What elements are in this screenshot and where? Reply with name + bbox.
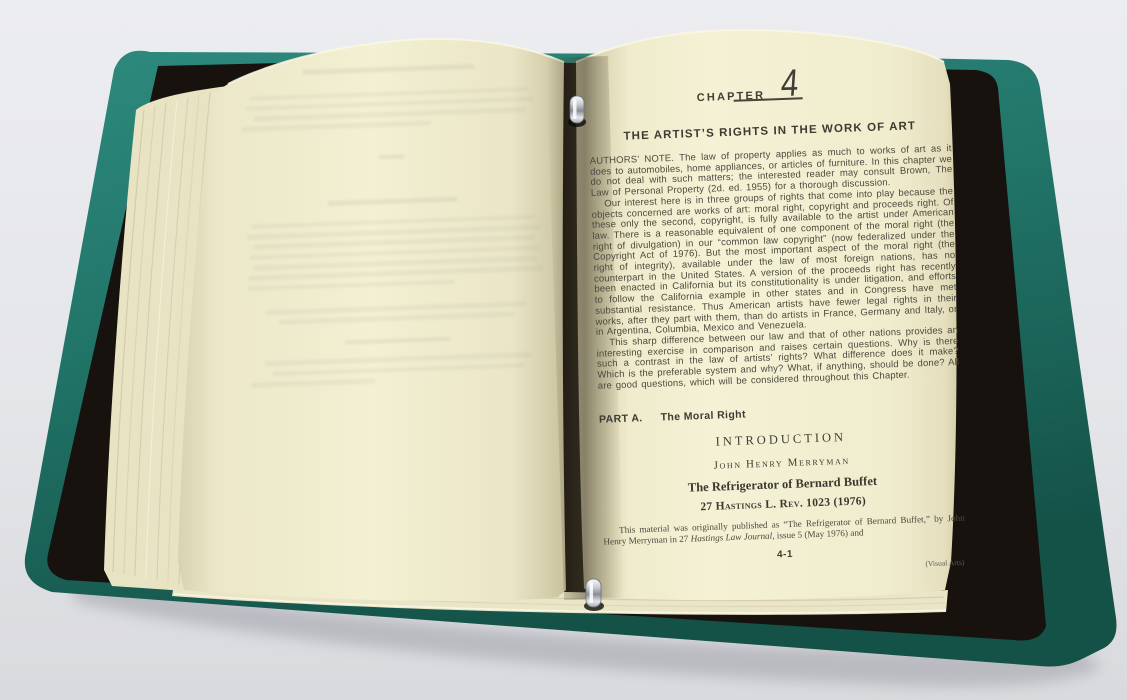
footnote-journal-italic: Hastings Law Journal <box>690 531 772 544</box>
ghost-line <box>278 312 515 325</box>
ghost-line <box>378 154 405 159</box>
ghost-line <box>273 363 525 376</box>
ghost-line <box>344 337 451 345</box>
chapter-label: CHAPTER <box>697 90 766 104</box>
ghost-line <box>328 197 458 206</box>
footnote-text: , issue 5 (May 1976) and <box>772 528 864 541</box>
part-title: The Moral Right <box>660 409 746 424</box>
ghost-line <box>254 107 526 121</box>
section-heading: INTRODUCTION <box>600 426 962 454</box>
chapter-number: 4 <box>780 66 800 101</box>
ghost-line <box>251 379 375 388</box>
body-paragraph: This sharp difference between our law an… <box>596 326 960 392</box>
chapter-number-ornament: 4 <box>778 66 800 101</box>
ghost-line <box>302 64 474 74</box>
book-photo: CHAPTER 4 THE ARTIST’S RIGHTS IN THE WOR… <box>0 0 1127 700</box>
body-paragraph: Our interest here is in three groups of … <box>591 187 958 339</box>
left-page-showthrough <box>240 56 547 393</box>
ghost-line <box>248 279 455 291</box>
ghost-line <box>242 121 431 132</box>
part-heading: PART A. The Moral Right <box>599 401 961 426</box>
right-page-content: CHAPTER 4 THE ARTIST’S RIGHTS IN THE WOR… <box>586 43 967 580</box>
binding-post-top <box>568 96 586 127</box>
source-footnote: This material was originally published a… <box>603 513 966 548</box>
page-title: THE ARTIST’S RIGHTS IN THE WORK OF ART <box>589 119 951 144</box>
chapter-heading: CHAPTER 4 <box>586 56 909 107</box>
binding-post-bottom <box>584 579 604 611</box>
part-label: PART A. <box>599 413 643 427</box>
